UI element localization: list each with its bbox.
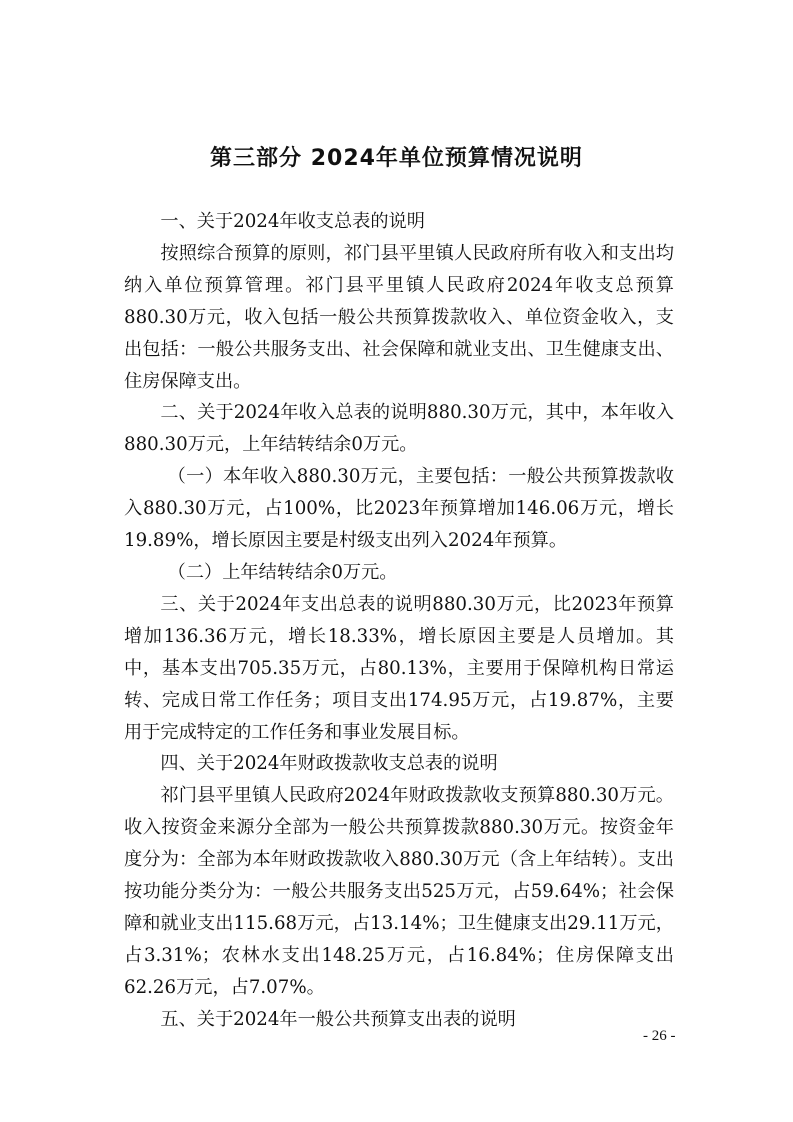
section-heading-3: 三、关于2024年支出总表的说明880.30万元，比2023年预算增加136.3… [124, 589, 674, 749]
page-number: - 26 - [643, 1028, 676, 1045]
paragraph: 按照综合预算的原则，祁门县平里镇人民政府所有收入和支出均纳入单位预算管理。祁门县… [124, 238, 674, 398]
section-heading-2: 二、关于2024年收入总表的说明880.30万元，其中，本年收入880.30万元… [124, 397, 674, 461]
document-body: 一、关于2024年收支总表的说明 按照综合预算的原则，祁门县平里镇人民政府所有收… [124, 206, 674, 1036]
section-heading-4: 四、关于2024年财政拨款收支总表的说明 [124, 748, 674, 780]
subsection-2: （二）上年结转结余0万元。 [124, 557, 674, 589]
paragraph: 祁门县平里镇人民政府2024年财政拨款收支预算880.30万元。收入按资金来源分… [124, 780, 674, 1003]
subsection-1: （一）本年收入880.30万元，主要包括：一般公共预算拨款收入880.30万元，… [124, 461, 674, 557]
page-title: 第三部分 2024年单位预算情况说明 [0, 141, 793, 172]
section-heading-5: 五、关于2024年一般公共预算支出表的说明 [124, 1004, 674, 1036]
section-heading-1: 一、关于2024年收支总表的说明 [124, 206, 674, 238]
document-page: 第三部分 2024年单位预算情况说明 一、关于2024年收支总表的说明 按照综合… [0, 0, 793, 1122]
